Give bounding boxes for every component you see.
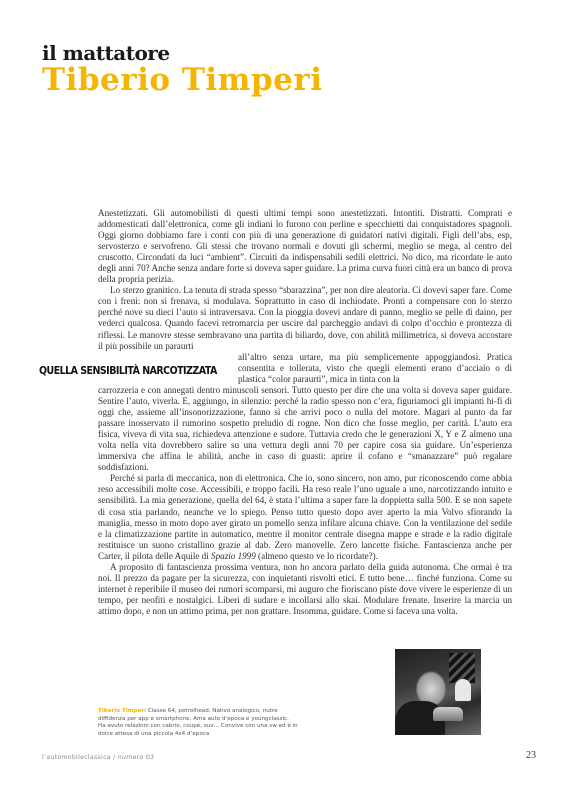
author-bio: Tiberio Timperi Classe 64, petrolhead. N… xyxy=(98,708,298,738)
section-kicker: il mattatore xyxy=(42,42,170,64)
paragraph-2b: all’altro senza urtare, ma più semplicem… xyxy=(238,352,512,385)
paragraph-3: Perché si parla di meccanica, non di ele… xyxy=(98,473,512,561)
author-photo xyxy=(395,649,481,735)
article-body-bottom: carrozzeria e con annegati dentro minusc… xyxy=(98,385,512,617)
author-name: Tiberio Timperi xyxy=(98,708,146,714)
issue-number: numero 03 xyxy=(118,754,155,761)
photo-model-car xyxy=(433,707,463,721)
paragraph-3-text: Perché si parla di meccanica, non di ele… xyxy=(98,473,512,560)
paragraph-1: Anestetizzati. Gli automobilisti di ques… xyxy=(98,208,512,285)
photo-background-window xyxy=(455,679,471,701)
paragraph-4: A proposito di fantascienza prossima ven… xyxy=(98,562,512,617)
article-body-top: Anestetizzati. Gli automobilisti di ques… xyxy=(98,208,512,352)
paragraph-2c: carrozzeria e con annegati dentro minusc… xyxy=(98,385,512,473)
paragraph-3-end: (almeno questo ve lo ricordate?). xyxy=(256,551,378,561)
pull-headline: QUELLA SENSIBILITÀ NARCOTIZZATA xyxy=(39,364,217,377)
footer-magazine: l’automobileclassica / numero 03 xyxy=(42,754,154,761)
paragraph-3-italic: Spazio 1999 xyxy=(211,551,256,561)
page-title: Tiberio Timperi xyxy=(42,63,322,97)
page-number: 23 xyxy=(526,750,536,761)
magazine-name: l’automobileclassica / xyxy=(42,754,118,761)
paragraph-2a: Lo sterzo granitico. La tenuta di strada… xyxy=(98,285,512,351)
